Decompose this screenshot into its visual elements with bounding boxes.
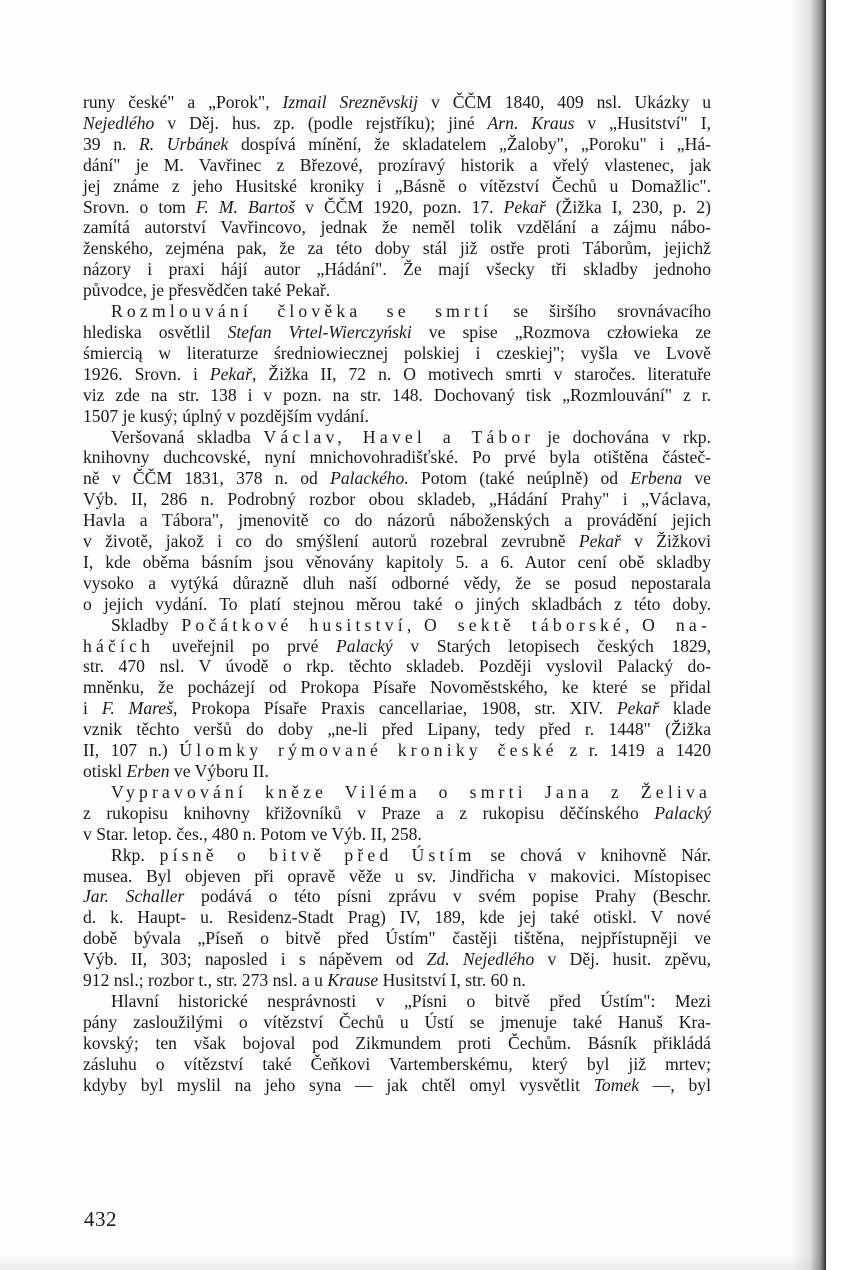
- text-run: (Žižka I, 230, p. 2): [546, 197, 711, 217]
- text-line: i F. Mareš, Prokopa Písaře Praxis cancel…: [83, 698, 711, 719]
- text-line: 1926. Srovn. i Pekař, Žižka II, 72 n. O …: [83, 364, 711, 385]
- text-run: v Star. letop. čes., 480 n. Potom ve Výb…: [83, 824, 422, 844]
- text-line: původce, je přesvědčen také Pekař.: [83, 280, 711, 301]
- italic-citation: Palacký: [336, 636, 393, 656]
- italic-citation: Pekař: [210, 364, 252, 384]
- text-run: v životě, jakož i co do smýšlení autorů …: [83, 531, 579, 551]
- italic-citation: Tomek: [594, 1075, 639, 1095]
- text-line: Havla a Tábora", jmenovitě co do názorů …: [83, 510, 711, 531]
- text-run: jej známe z jeho Husitské kroniky i „Bás…: [83, 176, 711, 196]
- paragraph-first-line: Rozmlouvání člověka se smrtí se širšího …: [83, 301, 711, 322]
- text-run: názory i praxi hájí autor „Hádání". Že m…: [83, 259, 711, 279]
- italic-citation: R. Urbánek: [139, 134, 228, 154]
- spaced-title: Václav, Havel a Tábor: [264, 427, 535, 447]
- text-run: Potom (také neúplně) od: [409, 468, 631, 488]
- text-run: ženského, zejména pak, že za této doby s…: [83, 238, 711, 258]
- text-run: otiskl: [83, 761, 127, 781]
- text-run: podává o této písni zprávu v svém popise…: [184, 886, 711, 906]
- text-run: kdyby byl myslil na jeho syna — jak chtě…: [83, 1075, 594, 1095]
- text-run: d. k. Haupt- u. Residenz-Stadt Prag) IV,…: [83, 907, 711, 927]
- text-run: Skladby: [111, 615, 181, 635]
- text-run: se širšího srovnávacího: [492, 301, 711, 321]
- text-line: době bývala „Píseň o bitvě před Ústím" č…: [83, 928, 711, 949]
- text-line: ně v ČČM 1831, 378 n. od Palackého. Poto…: [83, 468, 711, 489]
- text-run: Hlavní historické nesprávnosti v „Písni …: [111, 991, 711, 1011]
- text-line: d. k. Haupt- u. Residenz-Stadt Prag) IV,…: [83, 907, 711, 928]
- text-line: dání" je M. Vavřinec z Březové, prozírav…: [83, 155, 711, 176]
- text-run: pány zasloužilými o vítězství Čechů u Ús…: [83, 1012, 711, 1032]
- text-line: názory i praxi hájí autor „Hádání". Že m…: [83, 259, 711, 280]
- text-run: o jejich vydání. To platí stejnou měrou …: [83, 594, 711, 614]
- spaced-title: Úlomky rýmované kroniky české: [179, 740, 557, 760]
- spaced-title: Počátkové husitství: [181, 615, 406, 635]
- text-run: v ČČM 1840, 409 nsl. Ukázky u: [418, 92, 711, 112]
- text-run: mněnku, že pocházejí od Prokopa Písaře N…: [83, 677, 711, 697]
- text-line: mněnku, že pocházejí od Prokopa Písaře N…: [83, 677, 711, 698]
- text-line: háčích uveřejnil po prvé Palacký v Starý…: [83, 636, 711, 657]
- text-run: Výb. II, 303; naposled i s nápěvem od: [83, 949, 427, 969]
- italic-citation: Palackého.: [330, 468, 409, 488]
- italic-citation: F. M. Bartoš: [196, 197, 295, 217]
- text-run: 39 n.: [83, 134, 139, 154]
- italic-citation: Stefan Vrtel-Wierczyński: [228, 322, 412, 342]
- text-run: v Děj. hus. zp. (podle rejstříku); jiné: [154, 113, 487, 133]
- book-page: runy české" a „Porok", Izmail Sreznĕvski…: [0, 0, 856, 1270]
- text-run: Husitství I, str. 60 n.: [378, 970, 526, 990]
- text-run: , Prokopa Písaře Praxis cancellariae, 19…: [173, 698, 617, 718]
- text-line: 912 nsl.; rozbor t., str. 273 nsl. a u K…: [83, 970, 711, 991]
- paragraph-first-line: Veršovaná skladba Václav, Havel a Tábor …: [83, 427, 711, 448]
- text-run: kovský; ten však bojoval pod Zikmundem p…: [83, 1033, 711, 1053]
- text-line: hlediska osvětlil Stefan Vrtel-Wierczyńs…: [83, 322, 711, 343]
- italic-citation: Arn. Kraus: [488, 113, 575, 133]
- text-run: z r. 1419 a 1420: [558, 740, 711, 760]
- italic-citation: Erben: [127, 761, 170, 781]
- text-line: otiskl Erben ve Výboru II.: [83, 761, 711, 782]
- italic-citation: Pekař: [617, 698, 659, 718]
- italic-citation: Izmail Sreznĕvskij: [283, 92, 418, 112]
- page-bottom-shadow: [0, 1255, 826, 1270]
- text-line: zásluhu o vítězství také Čeňkovi Vartemb…: [83, 1054, 711, 1075]
- text-run: vznik těchto veršů do doby „ne-li před L…: [83, 719, 711, 739]
- text-line: ženského, zejména pak, že za této doby s…: [83, 238, 711, 259]
- spaced-title: O sektě táborské: [424, 615, 625, 635]
- text-run: Havla a Tábora", jmenovitě co do názorů …: [83, 510, 711, 530]
- text-run: Srovn. o tom: [83, 197, 196, 217]
- text-run: v Žižkovi: [621, 531, 711, 551]
- text-run: 1926. Srovn. i: [83, 364, 210, 384]
- text-run: str. 470 nsl. V úvodě o rkp. těchto skla…: [83, 656, 711, 676]
- text-run: Výb. II, 286 n. Podrobný rozbor obou skl…: [83, 489, 711, 509]
- text-run: v ČČM 1920, pozn. 17.: [295, 197, 504, 217]
- text-line: zamítá autorství Vavřincovo, jednak že n…: [83, 217, 711, 238]
- page-number: 432: [84, 1207, 117, 1232]
- spaced-title: Rozmlouvání člověka se smrtí: [111, 301, 492, 321]
- body-text: runy české" a „Porok", Izmail Sreznĕvski…: [83, 92, 711, 1096]
- spaced-title: háčích: [83, 636, 154, 656]
- text-line: o jejich vydání. To platí stejnou měrou …: [83, 594, 711, 615]
- text-run: 1507 je kusý; úplný v pozdějším vydání.: [83, 406, 369, 426]
- text-run: ně v ČČM 1831, 378 n. od: [83, 468, 330, 488]
- text-run: musea. Byl objeven při opravě věže u sv.…: [83, 866, 711, 886]
- italic-citation: Zd. Nejedlého: [427, 949, 535, 969]
- paragraph-first-line: Hlavní historické nesprávnosti v „Písni …: [83, 991, 711, 1012]
- text-line: musea. Byl objeven při opravě věže u sv.…: [83, 866, 711, 887]
- italic-citation: Pekař: [579, 531, 621, 551]
- text-line: Nejedlého v Děj. hus. zp. (podle rejstří…: [83, 113, 711, 134]
- text-run: době bývala „Píseň o bitvě před Ústím" č…: [83, 928, 711, 948]
- paragraph-first-line: Rkp. písně o bitvě před Ústím se chová v…: [83, 845, 711, 866]
- text-run: runy české" a „Porok",: [83, 92, 283, 112]
- spaced-title: O na-: [642, 615, 711, 635]
- text-run: zásluhu o vítězství také Čeňkovi Vartemb…: [83, 1054, 711, 1074]
- text-line: z rukopisu knihovny křižovníků v Praze a…: [83, 803, 711, 824]
- text-line: kdyby byl myslil na jeho syna — jak chtě…: [83, 1075, 711, 1096]
- text-run: i: [83, 698, 102, 718]
- spaced-title: Vypravování kněze Viléma o smrti Jana z …: [111, 782, 711, 802]
- text-run: vysoko a vytýká důrazně dluh naší odborn…: [83, 573, 711, 593]
- text-line: Výb. II, 303; naposled i s nápěvem od Zd…: [83, 949, 711, 970]
- text-run: uveřejnil po prvé: [154, 636, 336, 656]
- text-line: II, 107 n.) Úlomky rýmované kroniky česk…: [83, 740, 711, 761]
- text-run: hlediska osvětlil: [83, 322, 228, 342]
- paragraph-first-line: Vypravování kněze Viléma o smrti Jana z …: [83, 782, 711, 803]
- text-line: jej známe z jeho Husitské kroniky i „Bás…: [83, 176, 711, 197]
- italic-citation: Nejedlého: [83, 113, 154, 133]
- text-run: ve spise „Rozmova człowieka ze: [412, 322, 711, 342]
- text-line: śmiercią w literaturze średniowiecznej p…: [83, 343, 711, 364]
- page-margin-right: [826, 0, 856, 1270]
- text-run: knihovny duchcovské, nyní mnichovohradiš…: [83, 447, 711, 467]
- italic-citation: F. Mareš: [102, 698, 173, 718]
- text-line: runy české" a „Porok", Izmail Sreznĕvski…: [83, 92, 711, 113]
- spaced-title: písně o bitvě před Ústím: [160, 845, 476, 865]
- text-line: vznik těchto veršů do doby „ne-li před L…: [83, 719, 711, 740]
- text-line: knihovny duchcovské, nyní mnichovohradiš…: [83, 447, 711, 468]
- text-run: ,: [625, 615, 642, 635]
- text-line: Výb. II, 286 n. Podrobný rozbor obou skl…: [83, 489, 711, 510]
- italic-citation: Krause: [327, 970, 378, 990]
- text-line: I, kde oběma básním jsou věnovány kapito…: [83, 552, 711, 573]
- text-run: v „Husitství" I,: [574, 113, 711, 133]
- text-line: Jar. Schaller podává o této písni zprávu…: [83, 886, 711, 907]
- italic-citation: Pekař: [504, 197, 546, 217]
- italic-citation: Jar. Schaller: [83, 886, 184, 906]
- text-run: z rukopisu knihovny křižovníků v Praze a…: [83, 803, 654, 823]
- text-line: 1507 je kusý; úplný v pozdějším vydání.: [83, 406, 711, 427]
- text-run: , Žižka II, 72 n. O motivech smrti v sta…: [252, 364, 711, 384]
- italic-citation: Palacký: [654, 803, 711, 823]
- text-run: ve Výboru II.: [170, 761, 269, 781]
- text-line: v Star. letop. čes., 480 n. Potom ve Výb…: [83, 824, 711, 845]
- text-run: ve: [682, 468, 711, 488]
- text-run: dání" je M. Vavřinec z Březové, prozírav…: [83, 155, 711, 175]
- text-run: je dochována v rkp.: [535, 427, 712, 447]
- book-spine-shadow: [790, 0, 826, 1270]
- paragraph-first-line: Skladby Počátkové husitství, O sektě táb…: [83, 615, 711, 636]
- text-line: str. 470 nsl. V úvodě o rkp. těchto skla…: [83, 656, 711, 677]
- text-run: I, kde oběma básním jsou věnovány kapito…: [83, 552, 711, 572]
- text-line: viz zde na str. 138 i v pozn. na str. 14…: [83, 385, 711, 406]
- text-run: původce, je přesvědčen také Pekař.: [83, 280, 330, 300]
- text-run: Veršovaná skladba: [111, 427, 264, 447]
- text-line: v životě, jakož i co do smýšlení autorů …: [83, 531, 711, 552]
- text-line: Srovn. o tom F. M. Bartoš v ČČM 1920, po…: [83, 197, 711, 218]
- text-line: 39 n. R. Urbánek dospívá mínění, že skla…: [83, 134, 711, 155]
- text-line: kovský; ten však bojoval pod Zikmundem p…: [83, 1033, 711, 1054]
- text-line: pány zasloužilými o vítězství Čechů u Ús…: [83, 1012, 711, 1033]
- text-run: 912 nsl.; rozbor t., str. 273 nsl. a u: [83, 970, 327, 990]
- text-run: se chová v knihovně Nár.: [476, 845, 711, 865]
- text-run: v Starých letopisech českých 1829,: [393, 636, 711, 656]
- text-run: Rkp.: [111, 845, 160, 865]
- text-run: dospívá mínění, že skladatelem „Žaloby",…: [228, 134, 711, 154]
- text-run: v Děj. husit. zpěvu,: [534, 949, 711, 969]
- italic-citation: Erbena: [630, 468, 682, 488]
- text-run: II, 107 n.): [83, 740, 179, 760]
- text-run: ,: [407, 615, 424, 635]
- text-run: śmiercią w literaturze średniowiecznej p…: [83, 343, 711, 363]
- text-run: klade: [659, 698, 711, 718]
- text-run: zamítá autorství Vavřincovo, jednak že n…: [83, 217, 711, 237]
- text-run: viz zde na str. 138 i v pozn. na str. 14…: [83, 385, 711, 405]
- text-line: vysoko a vytýká důrazně dluh naší odborn…: [83, 573, 711, 594]
- text-run: —, byl: [639, 1075, 711, 1095]
